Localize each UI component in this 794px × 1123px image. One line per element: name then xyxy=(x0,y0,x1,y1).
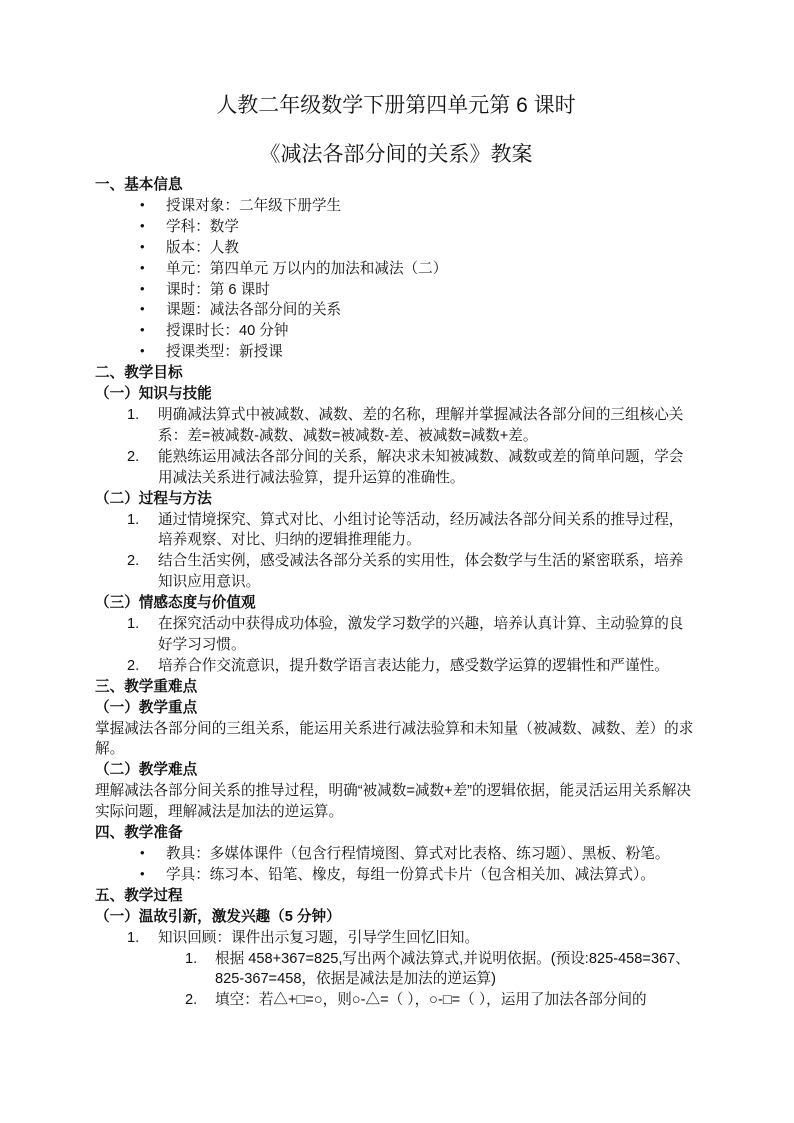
bullet-icon: • xyxy=(140,279,145,300)
numbered-item-text: 结合生活实例，感受减法各部分关系的实用性，体会数学与生活的紧密联系，培养知识应用… xyxy=(158,553,683,590)
numbered-item-text: 知识回顾：课件出示复习题，引导学生回忆旧知。 xyxy=(158,930,479,946)
bullet-icon: • xyxy=(140,320,145,341)
section-heading-preparation: 四、教学准备 xyxy=(95,823,697,844)
bullet-item: • 课时：第 6 课时 xyxy=(95,280,697,301)
bullet-item: • 授课时长：40 分钟 xyxy=(95,321,697,342)
paragraph-teaching-difficulty: 理解减法各部分间关系的推导过程，明确“被减数=减数+差”的逻辑依据，能灵活运用关… xyxy=(95,781,697,823)
subsection-heading-review-intro: （一）温故引新，激发兴趣（5 分钟） xyxy=(95,907,697,928)
nested-numbered-item: 1. 根据 458+367=825,写出两个减法算式,并说明依据。(预设:825… xyxy=(95,949,697,991)
numbered-item-text: 培养合作交流意识，提升数学语言表达能力，感受数学运算的逻辑性和严谨性。 xyxy=(158,658,669,674)
item-number: 1. xyxy=(127,928,139,949)
bullet-item-text: 单元：第四单元 万以内的加法和减法（二） xyxy=(166,261,447,277)
item-number: 1. xyxy=(127,614,139,635)
numbered-item-text: 通过情境探究、算式对比、小组讨论等活动，经历减法各部分间关系的推导过程，培养观察… xyxy=(158,512,683,549)
numbered-item: 1. 在探究活动中获得成功体验，激发学习数学的兴趣，培养认真计算、主动验算的良好… xyxy=(95,614,697,656)
bullet-item-text: 版本：人教 xyxy=(166,240,239,256)
bullet-item-text: 学具：练习本、铅笔、橡皮，每组一份算式卡片（包含相关加、减法算式）。 xyxy=(166,867,655,883)
item-number: 1. xyxy=(127,510,139,531)
nested-numbered-item-text: 填空：若△+□=○，则○-△=（ ），○-□=（ ），运用了加法各部分间的 xyxy=(215,992,647,1008)
bullet-item-text: 学科：数学 xyxy=(166,219,239,235)
numbered-item: 1. 通过情境探究、算式对比、小组讨论等活动，经历减法各部分间关系的推导过程，培… xyxy=(95,510,697,552)
subsection-heading-teaching-focus: （一）教学重点 xyxy=(95,698,697,719)
subsection-heading-teaching-difficulty: （二）教学难点 xyxy=(95,760,697,781)
bullet-icon: • xyxy=(140,341,145,362)
section-heading-key-points: 三、教学重难点 xyxy=(95,677,697,698)
bullet-icon: • xyxy=(140,299,145,320)
bullet-item-text: 课时：第 6 课时 xyxy=(166,282,270,298)
bullet-item-text: 授课时长：40 分钟 xyxy=(166,323,288,339)
section-heading-teaching-process: 五、教学过程 xyxy=(95,886,697,907)
bullet-icon: • xyxy=(140,843,145,864)
section-heading-objectives: 二、教学目标 xyxy=(95,363,697,384)
numbered-item: 2. 结合生活实例，感受减法各部分关系的实用性，体会数学与生活的紧密联系，培养知… xyxy=(95,551,697,593)
bullet-item-text: 授课类型：新授课 xyxy=(166,344,283,360)
section-heading-basic-info: 一、基本信息 xyxy=(95,175,697,196)
item-number: 1. xyxy=(127,405,139,426)
subsection-heading-process-methods: （二）过程与方法 xyxy=(95,489,697,510)
bullet-icon: • xyxy=(140,237,145,258)
subsection-heading-attitudes-values: （三）情感态度与价值观 xyxy=(95,593,697,614)
bullet-item-text: 课题：减法各部分间的关系 xyxy=(166,302,341,318)
bullet-icon: • xyxy=(140,216,145,237)
bullet-item: • 单元：第四单元 万以内的加法和减法（二） xyxy=(95,259,697,280)
doc-subtitle: 《减法各部分间的关系》教案 xyxy=(95,141,697,168)
nested-numbered-item: 2. 填空：若△+□=○，则○-△=（ ），○-□=（ ），运用了加法各部分间的 xyxy=(95,990,697,1011)
bullet-item: • 授课类型：新授课 xyxy=(95,342,697,363)
doc-title: 人教二年级数学下册第四单元第 6 课时 xyxy=(95,92,697,119)
bullet-icon: • xyxy=(140,864,145,885)
numbered-item: 2. 培养合作交流意识，提升数学语言表达能力，感受数学运算的逻辑性和严谨性。 xyxy=(95,656,697,677)
bullet-item-text: 教具：多媒体课件（包含行程情境图、算式对比表格、练习题）、黑板、粉笔。 xyxy=(166,846,670,862)
item-number: 2. xyxy=(127,551,139,572)
bullet-item: • 版本：人教 xyxy=(95,238,697,259)
bullet-item: • 授课对象：二年级下册学生 xyxy=(95,196,697,217)
bullet-item: • 课题：减法各部分间的关系 xyxy=(95,300,697,321)
bullet-icon: • xyxy=(140,195,145,216)
bullet-item: • 教具：多媒体课件（包含行程情境图、算式对比表格、练习题）、黑板、粉笔。 xyxy=(95,844,697,865)
numbered-item-text: 能熟练运用减法各部分间的关系，解决求未知被减数、减数或差的简单问题，学会用减法关… xyxy=(158,449,683,486)
numbered-item: 1. 明确减法算式中被减数、减数、差的名称，理解并掌握减法各部分间的三组核心关系… xyxy=(95,405,697,447)
bullet-item: • 学科：数学 xyxy=(95,217,697,238)
item-number: 1. xyxy=(185,949,197,970)
item-number: 2. xyxy=(185,990,197,1011)
bullet-icon: • xyxy=(140,258,145,279)
item-number: 2. xyxy=(127,447,139,468)
bullet-item-text: 授课对象：二年级下册学生 xyxy=(166,198,341,214)
bullet-item: • 学具：练习本、铅笔、橡皮，每组一份算式卡片（包含相关加、减法算式）。 xyxy=(95,865,697,886)
paragraph-teaching-focus: 掌握减法各部分间的三组关系，能运用关系进行减法验算和未知量（被减数、减数、差）的… xyxy=(95,719,697,761)
item-number: 2. xyxy=(127,656,139,677)
numbered-item: 1. 知识回顾：课件出示复习题，引导学生回忆旧知。 xyxy=(95,928,697,949)
document-page: 人教二年级数学下册第四单元第 6 课时 《减法各部分间的关系》教案 一、基本信息… xyxy=(0,0,794,1123)
nested-numbered-item-text: 根据 458+367=825,写出两个减法算式,并说明依据。(预设:825-45… xyxy=(215,951,690,988)
subsection-heading-knowledge-skills: （一）知识与技能 xyxy=(95,384,697,405)
numbered-item-text: 在探究活动中获得成功体验，激发学习数学的兴趣，培养认真计算、主动验算的良好学习习… xyxy=(158,616,683,653)
numbered-item: 2. 能熟练运用减法各部分间的关系，解决求未知被减数、减数或差的简单问题，学会用… xyxy=(95,447,697,489)
numbered-item-text: 明确减法算式中被减数、减数、差的名称，理解并掌握减法各部分间的三组核心关系：差=… xyxy=(158,407,683,444)
